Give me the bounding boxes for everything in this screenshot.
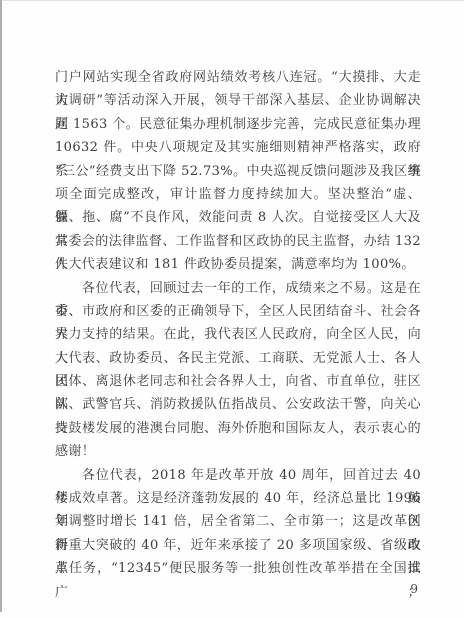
paragraph-first-line: 各位代表，回顾过去一年的工作，成绩来之不易。这是在市	[55, 277, 421, 300]
scan-edge-top-line	[0, 0, 464, 1]
text-line: 大力支持的结果。在此，我代表区人民政府，向全区人民，向人	[55, 323, 421, 346]
scan-edge-left-line	[0, 0, 2, 612]
text-line: 项全面完成整改，审计监督力度持续加大。坚决整治“虚、僵、	[55, 183, 421, 206]
text-line: 队、武警官兵、消防救援队伍指战员、公安政法干警，向关心支	[55, 393, 421, 416]
text-line: 躲、拖、腐”不良作风，效能问责 8 人次。自觉接受区人大及其	[55, 206, 421, 229]
text-line: 人大代表建议和 181 件政协委员提案，满意率均为 100%。	[55, 253, 421, 276]
text-line: 门户网站实现全省政府网站绩效考核八连冠。“大摸排、大走访、	[55, 66, 421, 89]
text-line: 大调研”等活动深入开展，领导干部深入基层、企业协调解决问	[55, 89, 421, 112]
text-line: 感谢！	[55, 440, 421, 463]
document-text-block: 门户网站实现全省政府网站绩效考核八连冠。“大摸排、大走访、 大调研”等活动深入开…	[55, 66, 421, 581]
text-line: 题 1563 个。民意征集办理机制逐步完善，完成民意征集办理	[55, 113, 421, 136]
text-line: 划调整时增长 141 倍，居全省第二、全市第一；这是改革创新取	[55, 510, 421, 533]
text-line: 得重大突破的 40 年，近年来承接了 20 多项国家级、省级改革试	[55, 534, 421, 557]
text-line: 委、市政府和区委的正确领导下，全区人民团结奋斗、社会各界	[55, 300, 421, 323]
text-line: 点任务，“12345”便民服务等一批独创性改革举措在全国推广；	[55, 557, 421, 580]
text-line: 大代表、政协委员、各民主党派、工商联、无党派人士、各人民	[55, 347, 421, 370]
text-line: “三公”经费支出下降 52.73%。中央巡视反馈问题涉及我区事	[55, 160, 421, 183]
text-line: 团体、离退休老同志和社会各界人士，向省、市直单位，驻区部	[55, 370, 421, 393]
page-number: 9	[410, 582, 418, 596]
text-line: 持鼓楼发展的港澳台同胞、海外侨胞和国际友人，表示衷心的	[55, 417, 421, 440]
text-line: 10632 件。中央八项规定及其实施细则精神严格落实，政府系统	[55, 136, 421, 159]
text-line: 楼成效卓著。这是经济蓬勃发展的 40 年，经济总量比 1996 年区	[55, 487, 421, 510]
paragraph-first-line: 各位代表，2018 年是改革开放 40 周年，回首过去 40 年，鼓	[55, 464, 421, 487]
scanned-document-page: 门户网站实现全省政府网站绩效考核八连冠。“大摸排、大走访、 大调研”等活动深入开…	[0, 0, 464, 618]
text-line: 常委会的法律监督、工作监督和区政协的民主监督，办结 132 件	[55, 230, 421, 253]
